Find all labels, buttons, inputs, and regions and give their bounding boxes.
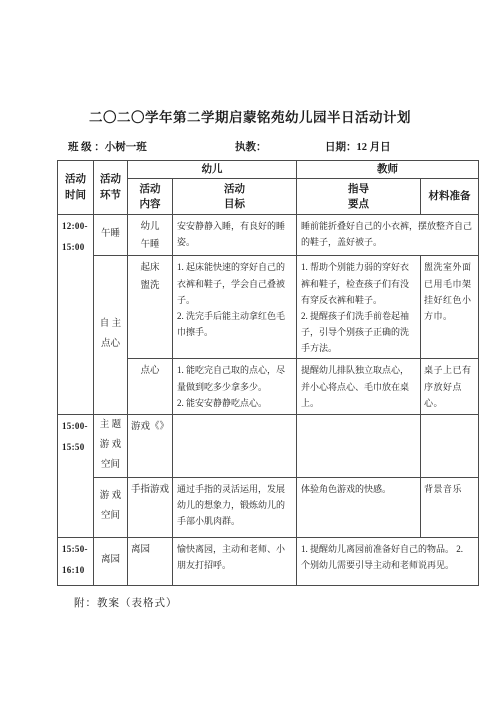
cell-guidance-finger-game: 体验角色游戏的快感。	[297, 477, 421, 537]
cell-guidance-wash: 1. 帮助个别能力弱的穿好衣裤和鞋子，检查孩子们有没有穿反衣裤和鞋子。 2. 提…	[297, 256, 421, 359]
cell-stage-leave: 离园	[94, 537, 128, 585]
col-header-activity-content: 活动 内容	[128, 179, 173, 215]
cell-guidance-theme-game-empty	[297, 415, 421, 478]
cell-materials-wash: 盥洗室外面已用毛巾架挂好红色小方巾。	[421, 256, 479, 359]
cell-content-wash: 起床 盥洗	[128, 256, 173, 359]
cell-guidance-snack: 提醒幼儿排队独立取点心，并小心将点心、毛巾放在桌上。	[297, 359, 421, 415]
cell-target-wash: 1. 起床能快速的穿好自己的衣裤和鞋子，学会自己叠被子。 2. 洗完手后能主动拿…	[173, 256, 297, 359]
table-row-leave: 15:50- 16:10 离园 离园 愉快离园，主动和老师、小朋友打招呼。 1.…	[58, 537, 479, 585]
cell-materials-finger-game: 背景音乐	[421, 477, 479, 537]
attachment-note: 附：教案（表格式）	[74, 595, 500, 610]
cell-time-1550-1610: 15:50- 16:10	[58, 537, 94, 585]
class-name-label: 班 级 ：小树一班	[68, 139, 147, 154]
col-header-activity-stage: 活动 环节	[94, 161, 128, 215]
cell-content-snack: 点心	[128, 359, 173, 415]
table-row-wash: 自 主 点心 起床 盥洗 1. 起床能快速的穿好自己的衣裤和鞋子，学会自己叠被子…	[58, 256, 479, 359]
table-row-nap: 12:00- 15:00 午睡 幼儿 午睡 安安静静入睡，有良好的睡姿。 睡前能…	[58, 215, 479, 256]
cell-content-nap: 幼儿 午睡	[128, 215, 173, 256]
table-row-finger-game: 游 戏 空间 手指游戏 通过手指的灵活运用，发展幼儿的想象力，锻炼幼儿的手部小肌…	[58, 477, 479, 537]
teacher-label: 执教：	[235, 139, 267, 154]
cell-materials-snack: 桌子上已有序放好点心。	[421, 359, 479, 415]
cell-content-finger-game: 手指游戏	[128, 477, 173, 537]
cell-content-leave: 离园	[128, 537, 173, 585]
table-row-theme-game: 15:00- 15:50 主 题 游 戏 空间 游戏《》	[58, 415, 479, 478]
cell-target-theme-game-empty	[173, 415, 297, 478]
cell-time-1500-1550: 15:00- 15:50	[58, 415, 94, 538]
page-title: 二〇二〇学年第二学期启蒙铭苑幼儿园半日活动计划	[0, 106, 500, 126]
col-header-material-prep: 材料准备	[421, 179, 479, 215]
date-label: 日期：12 月日	[325, 139, 391, 154]
cell-stage-theme-game: 主 题 游 戏 空间	[94, 415, 128, 478]
cell-stage-game-space: 游 戏 空间	[94, 477, 128, 537]
cell-target-nap: 安安静静入睡，有良好的睡姿。	[173, 215, 297, 256]
cell-guidance-leave: 1. 提醒幼儿离园前准备好自己的物品。 2. 个别幼儿需要引导主动和老师说再见。	[297, 537, 479, 585]
group-header-teacher: 教师	[297, 161, 479, 179]
col-header-guidance-points: 指导 要点	[297, 179, 421, 215]
cell-stage-nap: 午睡	[94, 215, 128, 256]
cell-target-leave: 愉快离园，主动和老师、小朋友打招呼。	[173, 537, 297, 585]
table-header-row-groups: 活动 时间 活动 环节 幼儿 教师	[58, 161, 479, 179]
col-header-activity-target: 活动 目标	[173, 179, 297, 215]
cell-materials-theme-game-empty	[421, 415, 479, 478]
cell-content-theme-game: 游戏《》	[128, 415, 173, 478]
cell-stage-self-snack: 自 主 点心	[94, 256, 128, 415]
group-header-children: 幼儿	[128, 161, 297, 179]
document-page: 二〇二〇学年第二学期启蒙铭苑幼儿园半日活动计划 班 级 ：小树一班 执教： 日期…	[0, 0, 500, 707]
activity-plan-table: 活动 时间 活动 环节 幼儿 教师 活动 内容 活动 目标 指导 要点 材料准备…	[57, 160, 479, 586]
cell-target-finger-game: 通过手指的灵活运用，发展幼儿的想象力，锻炼幼儿的手部小肌肉群。	[173, 477, 297, 537]
class-info-line: 班 级 ：小树一班 执教： 日期：12 月日	[57, 139, 478, 155]
cell-guidance-nap: 睡前能折叠好自己的小衣裤，摆放整齐自己的鞋子，盖好被子。	[297, 215, 479, 256]
col-header-activity-time: 活动 时间	[58, 161, 94, 215]
cell-time-1200-1500: 12:00- 15:00	[58, 215, 94, 415]
cell-target-snack: 1. 能吃完自己取的点心，尽量做到吃多少拿多少。 2. 能安安静静吃点心。	[173, 359, 297, 415]
